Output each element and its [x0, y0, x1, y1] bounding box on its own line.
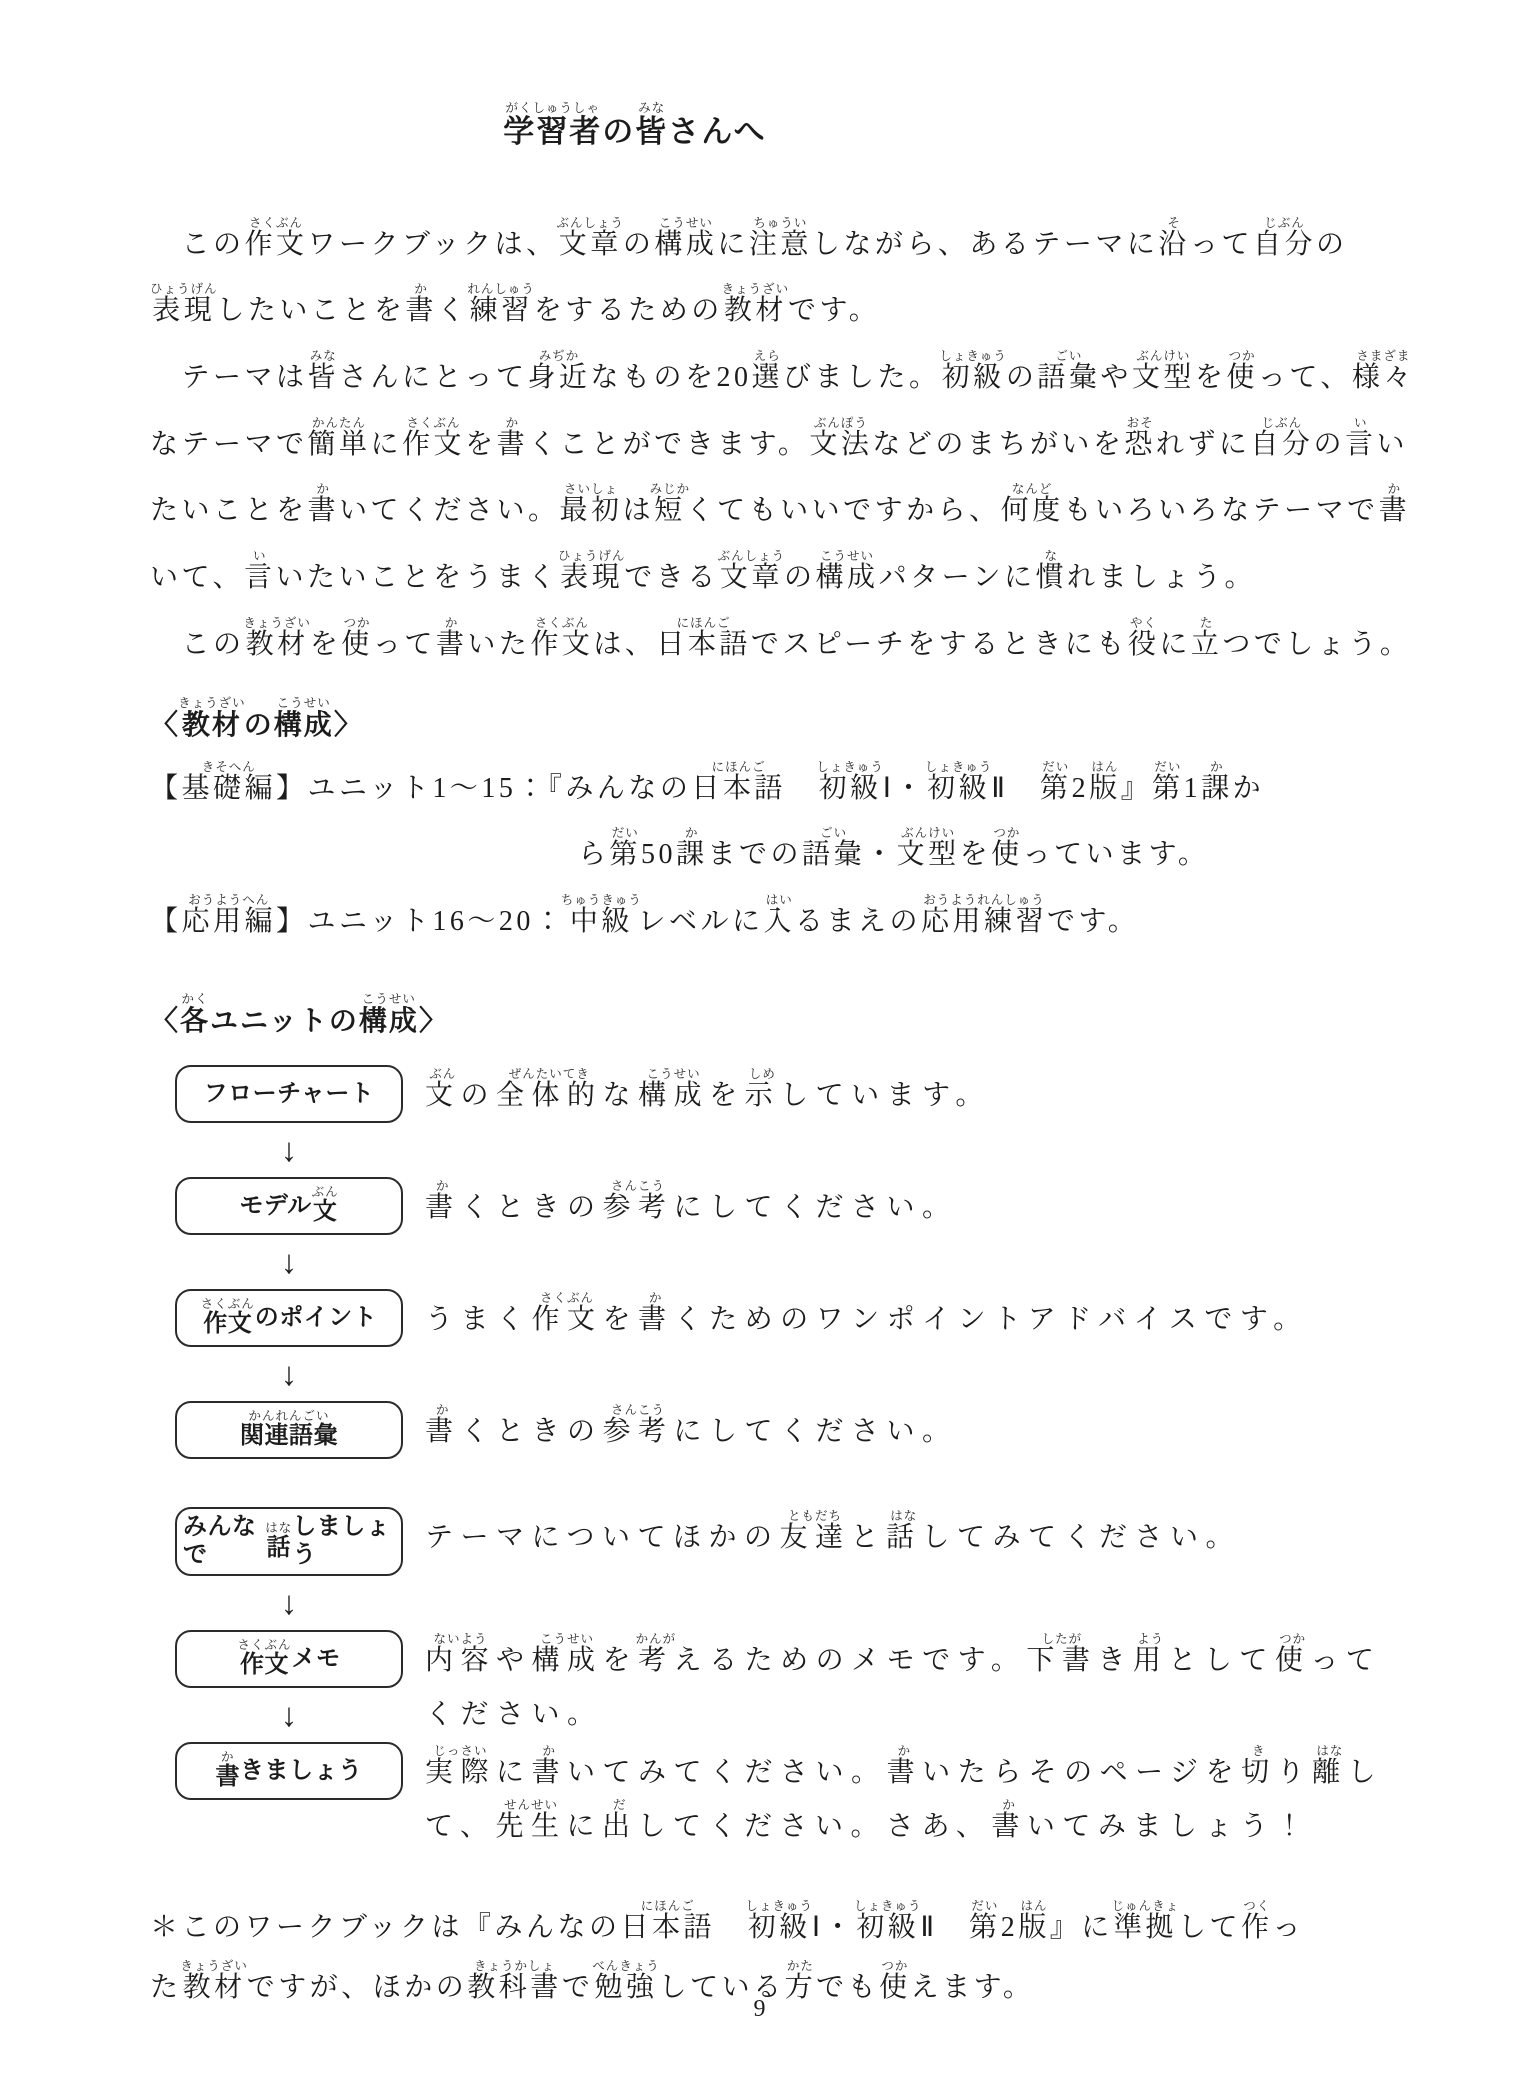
flow-desc-lets-talk: テーマについてほかの友達ともだちと話はなしてみてください。 [410, 1507, 1390, 1565]
arrow-down-icon: ↓ [175, 1123, 403, 1177]
flow-box-lets-talk: みんなで話はなしましょう [175, 1507, 403, 1576]
applied-units-line: 【応用編おうようへん】ユニット16〜20：中級ちゅうきゅうレベルに入はいるまえの… [150, 889, 1390, 956]
flow-row-related-vocabulary: 関連語彙かんれんごい 書かくときの参考さんこうにしてください。 [150, 1401, 1390, 1507]
intro-line: この作文さくぶんワークブックは、文章ぶんしょうの構成こうせいに注意ちゅういしなが… [150, 212, 1390, 279]
document-page: 学習者がくしゅうしゃの皆みなさんへ この作文さくぶんワークブックは、文章ぶんしょ… [0, 0, 1520, 2095]
intro-line: テーマは皆みなさんにとって身近みぢかなものを20選えらびました。初級しょきゅうの… [150, 345, 1390, 412]
arrow-down-icon: ↓ [175, 1347, 403, 1401]
flow-desc-flowchart: 文ぶんの全体的ぜんたいてきな構成こうせいを示しめしています。 [410, 1065, 1390, 1123]
flow-row-lets-write: 書かきましょう 実際じっさいに書かいてみてください。書かいたらそのページを切きり… [150, 1742, 1390, 1854]
intro-line: なテーマで簡単かんたんに作文さくぶんを書かくことができます。文法ぶんぽうなどのま… [150, 412, 1390, 479]
flow-desc-model-text: 書かくときの参考さんこうにしてください。 [410, 1177, 1390, 1235]
materials-section: 〈教材きょうざいの構成こうせい〉 【基礎編きそへん】ユニット1〜15：『みんなの… [150, 694, 1390, 955]
flow-row-composition-points: 作文さくぶんのポイント ↓ うまく作文さくぶんを書かくためのワンポイントアドバイ… [150, 1289, 1390, 1401]
flow-box-composition-points: 作文さくぶんのポイント [175, 1289, 403, 1347]
unit-structure-heading: 〈各かくユニットの構成こうせい〉 [150, 990, 1390, 1052]
page-number: 9 [0, 1996, 1520, 2023]
flow-box-flowchart: フローチャート [175, 1065, 403, 1123]
unit-structure-section: 〈各かくユニットの構成こうせい〉 フローチャート ↓ 文ぶんの全体的ぜんたいてき… [150, 990, 1390, 1854]
materials-heading: 〈教材きょうざいの構成こうせい〉 [150, 694, 1390, 756]
footnote-line: ＊このワークブックは『みんなの日本語にほんご 初級しょきゅうⅠ・初級しょきゅうⅡ… [150, 1898, 1390, 1958]
arrow-down-icon: ↓ [175, 1688, 403, 1742]
arrow-down-icon: ↓ [175, 1235, 403, 1289]
flow-row-model-text: モデル文ぶん ↓ 書かくときの参考さんこうにしてください。 [150, 1177, 1390, 1289]
flow-box-model-text: モデル文ぶん [175, 1177, 403, 1235]
intro-paragraphs: この作文さくぶんワークブックは、文章ぶんしょうの構成こうせいに注意ちゅういしなが… [150, 212, 1390, 678]
flow-gap [175, 1459, 403, 1507]
flow-row-composition-memo: 作文さくぶんメモ ↓ 内容ないようや構成こうせいを考かんがえるためのメモです。下… [150, 1630, 1390, 1742]
flow-box-related-vocabulary: 関連語彙かんれんごい [175, 1401, 403, 1459]
arrow-down-icon: ↓ [175, 1576, 403, 1630]
basic-units-line-continuation: ら第だい50課かまでの語彙ごい・文型ぶんけいを使つかっています。 [578, 822, 1390, 889]
page-title: 学習者がくしゅうしゃの皆みなさんへ [15, 99, 1255, 164]
flow-desc-lets-write: 実際じっさいに書かいてみてください。書かいたらそのページを切きり離はなして、先生… [410, 1742, 1390, 1854]
flow-desc-composition-points: うまく作文さくぶんを書かくためのワンポイントアドバイスです。 [410, 1289, 1390, 1347]
intro-line: 表現ひょうげんしたいことを書かく練習れんしゅうをするための教材きょうざいです。 [150, 278, 1390, 345]
flow-desc-related-vocabulary: 書かくときの参考さんこうにしてください。 [410, 1401, 1390, 1459]
intro-line: たいことを書かいてください。最初さいしょは短みじかくてもいいですから、何度なんど… [150, 478, 1390, 545]
flow-box-composition-memo: 作文さくぶんメモ [175, 1630, 403, 1688]
flow-box-lets-write: 書かきましょう [175, 1742, 403, 1800]
flow-row-lets-talk: みんなで話はなしましょう ↓ テーマについてほかの友達ともだちと話はなしてみてく… [150, 1507, 1390, 1630]
basic-units-line: 【基礎編きそへん】ユニット1〜15：『みんなの日本語にほんご 初級しょきゅうⅠ・… [150, 756, 1390, 823]
flow-row-flowchart: フローチャート ↓ 文ぶんの全体的ぜんたいてきな構成こうせいを示しめしています。 [150, 1065, 1390, 1177]
unit-flowchart: フローチャート ↓ 文ぶんの全体的ぜんたいてきな構成こうせいを示しめしています。… [150, 1065, 1390, 1854]
intro-line: いて、言いいたいことをうまく表現ひょうげんできる文章ぶんしょうの構成こうせいパタ… [150, 545, 1390, 612]
flow-desc-composition-memo: 内容ないようや構成こうせいを考かんがえるためのメモです。下書したがき用ようとして… [410, 1630, 1390, 1742]
intro-line: この教材きょうざいを使つかって書かいた作文さくぶんは、日本語にほんごでスピーチを… [150, 612, 1390, 679]
